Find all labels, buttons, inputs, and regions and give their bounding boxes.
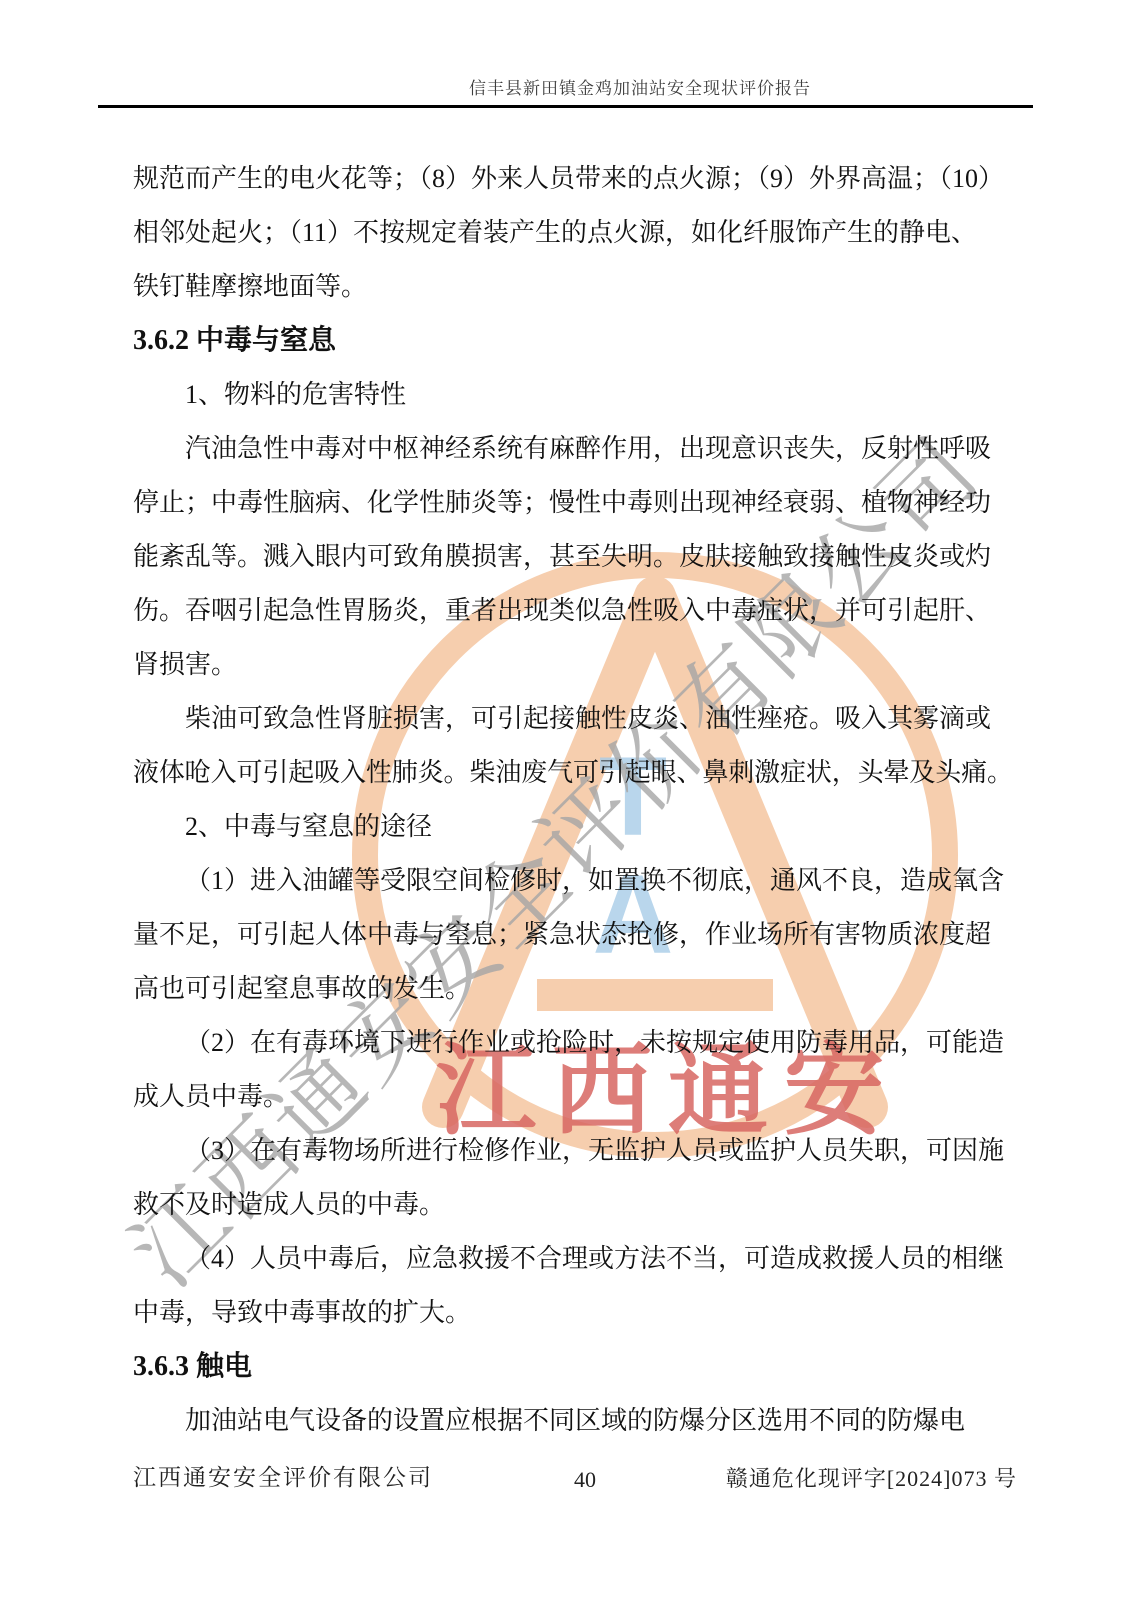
text-line: 肾损害。 — [133, 638, 1013, 692]
text-line: 成人员中毒。 — [133, 1070, 1013, 1124]
text-line: 救不及时造成人员的中毒。 — [133, 1178, 1013, 1232]
footer-page-number: 40 — [535, 1466, 635, 1494]
page-header-title: 信丰县新田镇金鸡加油站安全现状评价报告 — [340, 78, 940, 100]
text-line: 能紊乱等。溅入眼内可致角膜损害，甚至失明。皮肤接触致接触性皮炎或灼 — [133, 530, 1013, 584]
text-line: 液体呛入可引起吸入性肺炎。柴油废气可引起眼、鼻刺激症状，头晕及头痛。 — [133, 746, 1013, 800]
text-line: 1、物料的危害特性 — [133, 368, 1013, 422]
footer-doc-number: 赣通危化现评字[2024]073 号 — [726, 1464, 1017, 1494]
text-line: 规范而产生的电火花等；（8）外来人员带来的点火源；（9）外界高温；（10） — [133, 152, 1013, 206]
text-line: 汽油急性中毒对中枢神经系统有麻醉作用，出现意识丧失，反射性呼吸 — [133, 422, 1013, 476]
text-line: 量不足，可引起人体中毒与窒息；紧急状态抢修，作业场所有害物质浓度超 — [133, 908, 1013, 962]
text-line: （1）进入油罐等受限空间检修时，如置换不彻底，通风不良，造成氧含 — [133, 854, 1013, 908]
header-rule — [98, 105, 1033, 108]
text-line: （4）人员中毒后，应急救援不合理或方法不当，可造成救援人员的相继 — [133, 1232, 1013, 1286]
text-line: （3）在有毒物场所进行检修作业，无监护人员或监护人员失职，可因施 — [133, 1124, 1013, 1178]
text-line: 铁钉鞋摩擦地面等。 — [133, 260, 1013, 314]
body-text: 规范而产生的电火花等；（8）外来人员带来的点火源；（9）外界高温；（10）相邻处… — [133, 152, 1013, 1448]
text-line: 中毒，导致中毒事故的扩大。 — [133, 1286, 1013, 1340]
text-line: （2）在有毒环境下进行作业或抢险时，未按规定使用防毒用品，可能造 — [133, 1016, 1013, 1070]
text-line: 高也可引起窒息事故的发生。 — [133, 962, 1013, 1016]
footer-company-name: 江西通安安全评价有限公司 — [133, 1463, 433, 1493]
section-heading: 3.6.2 中毒与窒息 — [133, 314, 1013, 368]
text-line: 柴油可致急性肾脏损害，可引起接触性皮炎、油性痤疮。吸入其雾滴或 — [133, 692, 1013, 746]
text-line: 2、中毒与窒息的途径 — [133, 800, 1013, 854]
text-line: 停止；中毒性脑病、化学性肺炎等；慢性中毒则出现神经衰弱、植物神经功 — [133, 476, 1013, 530]
text-line: 相邻处起火；（11）不按规定着装产生的点火源，如化纤服饰产生的静电、 — [133, 206, 1013, 260]
report-page: T A 江西通安安全评价有限公司 江西通安 信丰县新田镇金鸡加油站安全现状评价报… — [0, 0, 1131, 1600]
text-line: 伤。吞咽引起急性胃肠炎，重者出现类似急性吸入中毒症状，并可引起肝、 — [133, 584, 1013, 638]
text-line: 加油站电气设备的设置应根据不同区域的防爆分区选用不同的防爆电 — [133, 1394, 1013, 1448]
section-heading: 3.6.3 触电 — [133, 1340, 1013, 1394]
